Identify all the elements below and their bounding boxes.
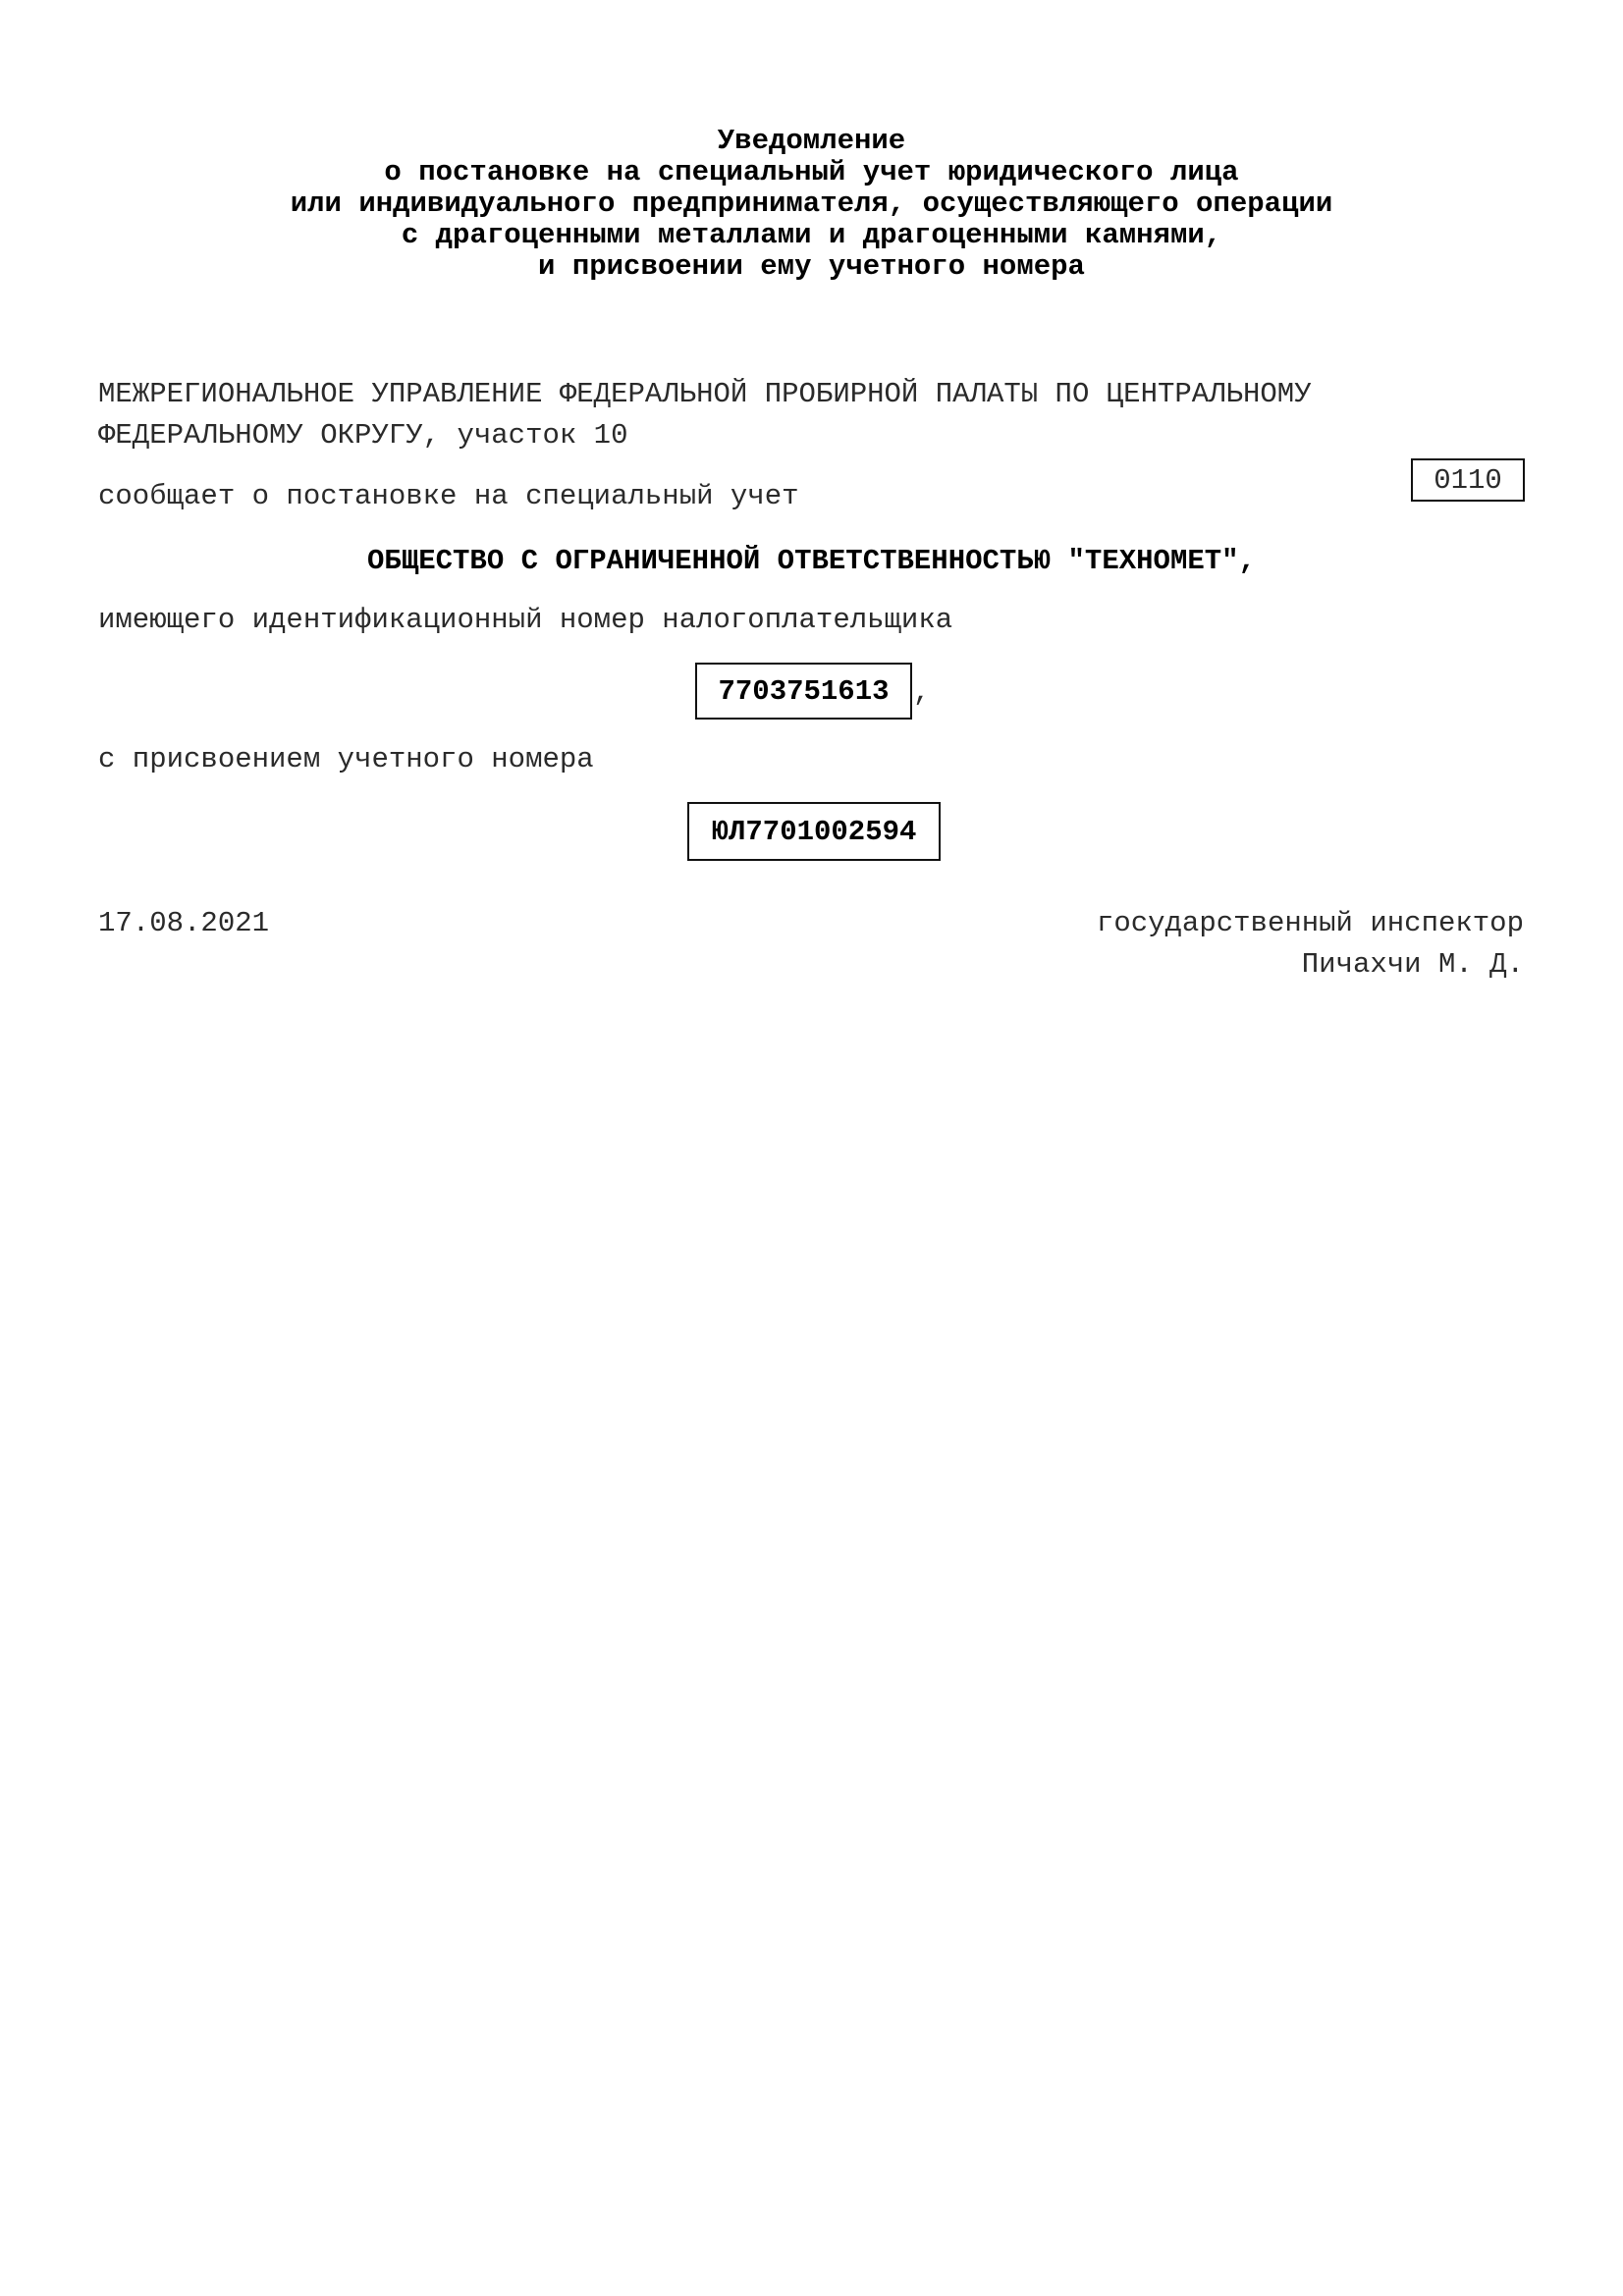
account-label: с присвоением учетного номера (98, 744, 594, 775)
reports-text: сообщает о постановке на специальный уче… (98, 481, 799, 512)
title-line-2: о постановке на специальный учет юридиче… (0, 157, 1623, 188)
title-line-1: Уведомление (0, 126, 1623, 157)
title-line-5: и присвоении ему учетного номера (0, 251, 1623, 283)
title-line-4: с драгоценными металлами и драгоценными … (0, 220, 1623, 251)
document-date: 17.08.2021 (98, 908, 269, 939)
authority-code: 0110 (1434, 464, 1502, 497)
inn-label: имеющего идентификационный номер налогоп… (98, 605, 952, 636)
signer-position: государственный инспектор (1097, 908, 1524, 939)
document-title: Уведомление о постановке на специальный … (0, 126, 1623, 283)
authority-code-box: 0110 (1411, 458, 1525, 502)
inn-value: 7703751613 (718, 675, 889, 708)
organization-name: ОБЩЕСТВО С ОГРАНИЧЕННОЙ ОТВЕТСТВЕННОСТЬЮ… (0, 546, 1623, 577)
authority-name-line-2: ФЕДЕРАЛЬНОМУ ОКРУГУ, участок 10 (98, 420, 628, 452)
account-number-box: ЮЛ7701002594 (687, 802, 941, 861)
authority-name-line-1: МЕЖРЕГИОНАЛЬНОЕ УПРАВЛЕНИЕ ФЕДЕРАЛЬНОЙ П… (98, 379, 1312, 410)
title-line-3: или индивидуального предпринимателя, осу… (0, 188, 1623, 220)
inn-box: 7703751613 (695, 663, 912, 720)
inn-suffix: , (913, 677, 930, 709)
account-number: ЮЛ7701002594 (712, 816, 917, 848)
signer-name: Пичахчи М. Д. (1302, 949, 1524, 981)
